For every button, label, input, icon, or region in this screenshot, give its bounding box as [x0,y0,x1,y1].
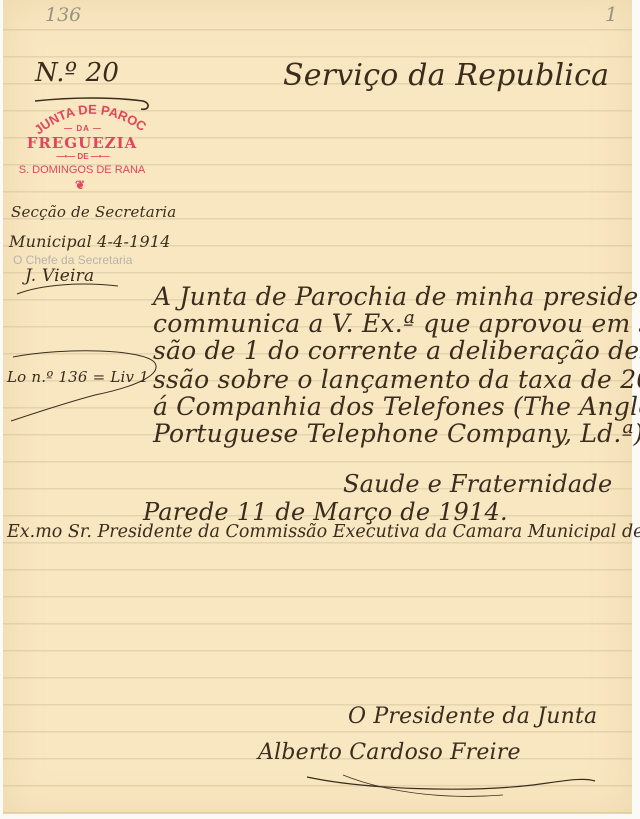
body-line-6: Portuguese Telephone Company, Ld.ª) [153,419,640,448]
body-line-3: são de 1 do corrente a deliberação dessa… [153,336,640,365]
signatory-title: O Presidente da Junta [348,704,597,729]
reference-number: N.º 20 [35,58,119,88]
margin-note-line2: Municipal 4-4-1914 [9,232,171,251]
stamp-place: S. DOMINGOS DE RANA [15,164,149,176]
secretary-gray-stamp: O Chefe da Secretaria [13,253,132,267]
ledger-note: Lo n.º 136 = Liv 1 [7,368,149,386]
document-title: Serviço da Republica [283,58,609,93]
body-line-2: communica a V. Ex.ª que aprovou em sua s… [153,309,640,338]
pencil-page-number: 136 [45,4,81,26]
signature-flourish [303,755,603,805]
body-line-1: A Junta de Parochia de minha presidencia [153,282,640,311]
corner-page-mark: 1 [605,2,618,26]
stamp-ornament-icon: ❦ [65,178,95,192]
body-line-4: ssão sobre o lançamento da taxa de 200 E… [153,365,640,394]
addressee: Ex.mo Sr. Presidente da Commissão Execut… [7,522,640,542]
chief-signature-flourish [13,280,123,300]
margin-note-line1: Secção de Secretaria [11,203,176,221]
stamp-freguezia: FREGUEZIA [18,134,146,152]
closing-salutation: Saude e Fraternidade [343,470,612,498]
body-line-5: á Companhia dos Telefones (The Anglo- [153,392,640,421]
stamp-da: — DA — [58,124,108,133]
document-page: 136 1 N.º 20 JUNTA DE PAROCHIA — DA — FR… [3,0,632,814]
stamp-de: —•— DE —•— [38,152,128,161]
